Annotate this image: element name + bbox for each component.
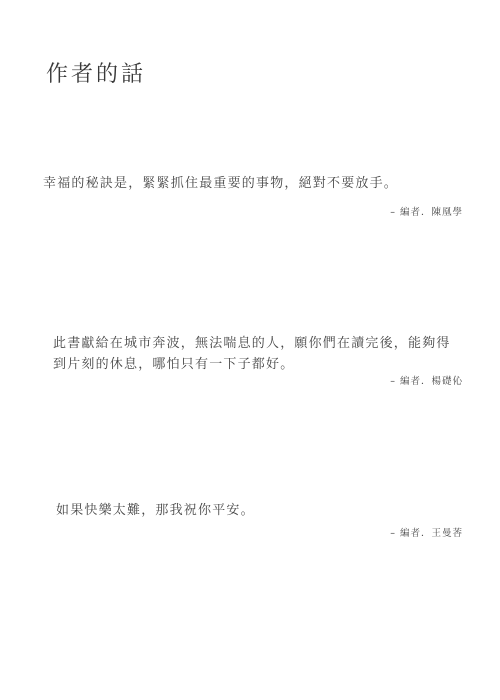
- quote-text: 此書獻給在城市奔波，無法喘息的人，願你們在讀完後，能夠得到片刻的休息，哪怕只有一…: [53, 333, 455, 375]
- quote-attribution: – 編者．陳凰學: [390, 204, 463, 218]
- quote-attribution: – 編者．楊礎伈: [390, 373, 463, 387]
- page-title: 作者的話: [46, 57, 146, 88]
- quote-attribution: – 編者．王曼莕: [390, 525, 463, 539]
- quote-text: 如果快樂太難，那我祝你平安。: [56, 500, 416, 521]
- document-page: 作者的話 幸福的秘訣是，緊緊抓住最重要的事物，絕對不要放手。 – 編者．陳凰學 …: [0, 0, 500, 700]
- quote-text: 幸福的秘訣是，緊緊抓住最重要的事物，絕對不要放手。: [43, 173, 451, 194]
